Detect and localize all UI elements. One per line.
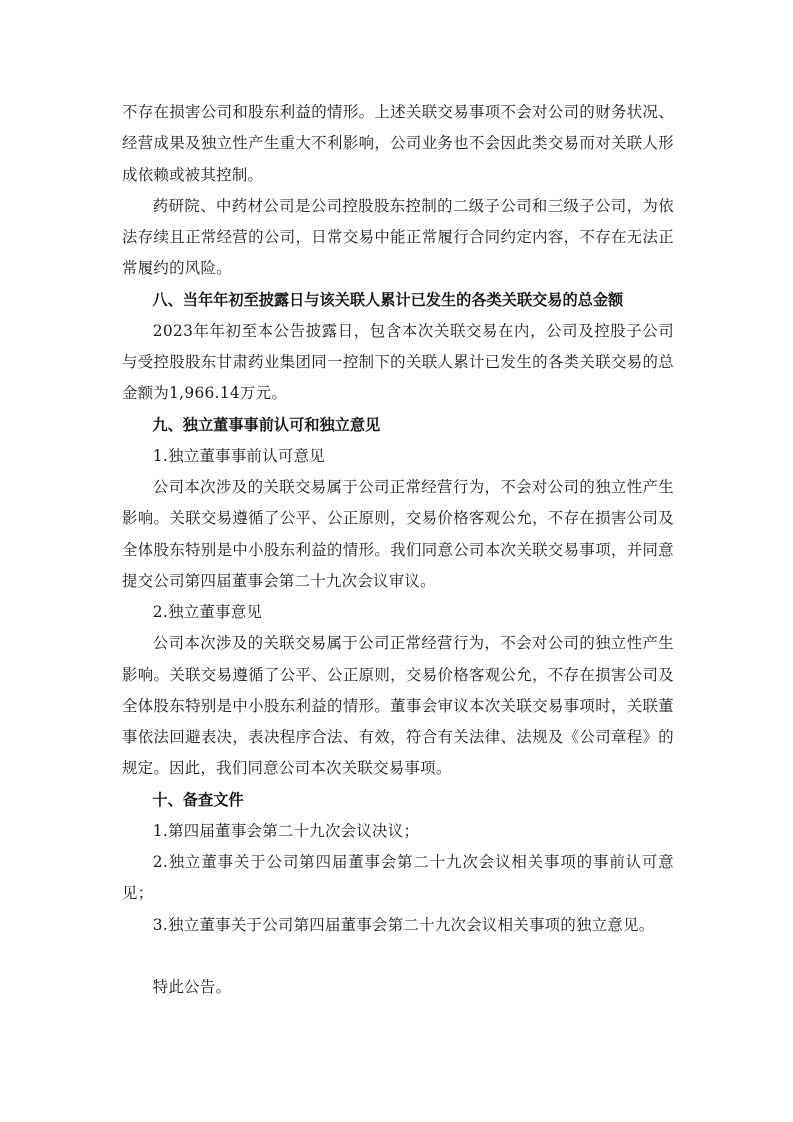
section-9-sub2-title: 2.独立董事意见: [122, 597, 674, 628]
section-8-heading: 八、当年年初至披露日与该关联人累计已发生的各类关联交易的总金额: [122, 285, 674, 316]
paragraph-no-impact: 不存在损害公司和股东利益的情形。上述关联交易事项不会对公司的财务状况、经营成果及…: [122, 97, 674, 191]
section-9-sub2-body: 公司本次涉及的关联交易属于公司正常经营行为，不会对公司的独立性产生影响。关联交易…: [122, 628, 674, 784]
closing-statement: 特此公告。: [122, 972, 674, 1003]
section-10-reference-documents: 十、备查文件 1.第四届董事会第二十九次会议决议； 2.独立董事关于公司第四届董…: [122, 785, 674, 941]
reference-item: 3.独立董事关于公司第四届董事会第二十九次会议相关事项的独立意见。: [122, 910, 674, 941]
section-10-heading: 十、备查文件: [122, 785, 674, 816]
paragraph-performance-ability: 药研院、中药材公司是公司控股股东控制的二级子公司和三级子公司，为依法存续且正常经…: [122, 191, 674, 285]
section-8-cumulative-amount: 八、当年年初至披露日与该关联人累计已发生的各类关联交易的总金额 2023年年初至…: [122, 285, 674, 410]
section-9-sub1-title: 1.独立董事事前认可意见: [122, 441, 674, 472]
document-page: 不存在损害公司和股东利益的情形。上述关联交易事项不会对公司的财务状况、经营成果及…: [122, 97, 674, 1003]
reference-item: 2.独立董事关于公司第四届董事会第二十九次会议相关事项的事前认可意见；: [122, 847, 674, 910]
section-9-heading: 九、独立董事事前认可和独立意见: [122, 410, 674, 441]
blank-line: [122, 941, 674, 972]
section-8-body: 2023年年初至本公告披露日，包含本次关联交易在内，公司及控股子公司与受控股股东…: [122, 316, 674, 410]
section-9-independent-directors: 九、独立董事事前认可和独立意见 1.独立董事事前认可意见 公司本次涉及的关联交易…: [122, 410, 674, 785]
section-9-sub1-body: 公司本次涉及的关联交易属于公司正常经营行为，不会对公司的独立性产生影响。关联交易…: [122, 472, 674, 597]
reference-item: 1.第四届董事会第二十九次会议决议；: [122, 816, 674, 847]
